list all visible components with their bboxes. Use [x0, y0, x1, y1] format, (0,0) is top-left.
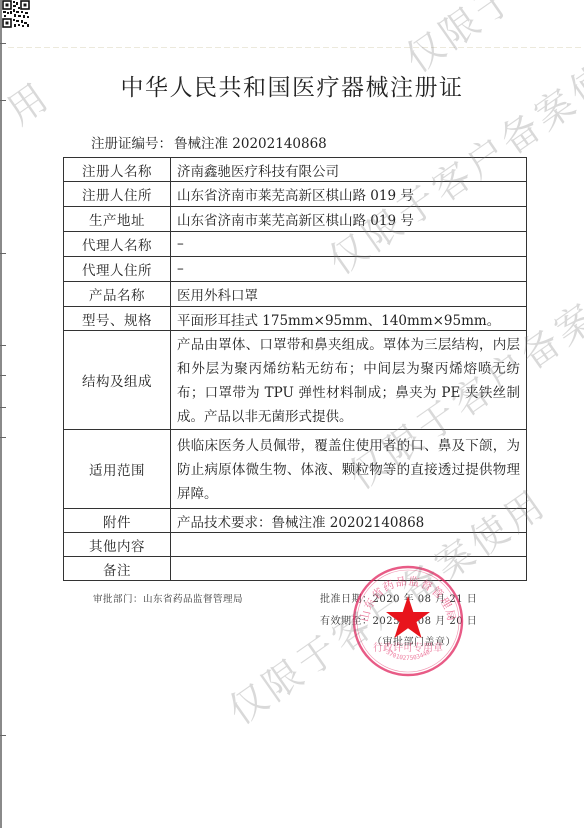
row-label-structure: 结构及组成 [64, 331, 171, 430]
row-value-other [171, 533, 527, 557]
star-icon [386, 596, 430, 638]
table-row: 代理人名称 – [64, 232, 527, 257]
row-value-attachment: 产品技术要求：鲁械注准 20202140868 [171, 509, 527, 533]
table-row: 结构及组成 产品由罩体、口罩带和鼻夹组成。罩体为三层结构，内层和外层为聚丙烯纺粘… [64, 331, 527, 430]
row-label-model-spec: 型号、规格 [64, 307, 171, 331]
row-value-agent-address: – [171, 257, 527, 282]
document-title: 中华人民共和国医疗器械注册证 [0, 69, 584, 102]
row-value-registrant-name: 济南鑫驰医疗科技有限公司 [171, 158, 527, 182]
left-edge-tick [0, 407, 6, 408]
row-label-remarks: 备注 [64, 557, 171, 581]
row-value-scope: 供临床医务人员佩带，覆盖住使用者的口、鼻及下颌，为防止病原体微生物、体液、颗粒物… [171, 430, 527, 509]
row-label-other: 其他内容 [64, 533, 171, 557]
left-edge-tick [0, 437, 6, 438]
row-label-agent-name: 代理人名称 [64, 232, 171, 257]
row-value-registrant-address: 山东省济南市莱芜高新区棋山路 019 号 [171, 182, 527, 207]
table-row: 型号、规格 平面形耳挂式 175mm×95mm、140mm×95mm。 [64, 307, 527, 331]
svg-text:行政许可专用章: 行政许可专用章 [373, 641, 443, 654]
table-row: 适用范围 供临床医务人员佩带，覆盖住使用者的口、鼻及下颌，为防止病原体微生物、体… [64, 430, 527, 509]
row-label-attachment: 附件 [64, 509, 171, 533]
qr-code-icon [2, 0, 30, 28]
table-row: 注册人住所 山东省济南市莱芜高新区棋山路 019 号 [64, 182, 527, 207]
left-edge-tick [0, 345, 6, 346]
row-value-production-address: 山东省济南市莱芜高新区棋山路 019 号 [171, 207, 527, 232]
row-value-remarks [171, 557, 527, 581]
row-value-agent-name: – [171, 232, 527, 257]
certificate-table: 注册人名称 济南鑫驰医疗科技有限公司 注册人住所 山东省济南市莱芜高新区棋山路 … [63, 157, 527, 581]
left-edge-tick [0, 253, 6, 254]
official-seal-icon: 山东省药品监督管理局 行政许可专用章 3701027503440 [350, 563, 466, 679]
registration-number-value: 鲁械注准 20202140868 [174, 136, 327, 152]
row-label-agent-address: 代理人住所 [64, 257, 171, 282]
row-label-registrant-address: 注册人住所 [64, 182, 171, 207]
page-left-edge [0, 0, 2, 828]
left-edge-tick [0, 735, 6, 736]
table-row: 代理人住所 – [64, 257, 527, 282]
table-row: 生产地址 山东省济南市莱芜高新区棋山路 019 号 [64, 207, 527, 232]
left-edge-tick [0, 375, 6, 376]
registration-number-label: 注册证编号： [91, 136, 172, 152]
faint-divider [8, 47, 584, 48]
row-label-production-address: 生产地址 [64, 207, 171, 232]
table-row: 注册人名称 济南鑫驰医疗科技有限公司 [64, 158, 527, 182]
registration-number: 注册证编号：鲁械注准 20202140868 [91, 132, 329, 152]
table-row: 其他内容 [64, 533, 527, 557]
row-label-scope: 适用范围 [64, 430, 171, 509]
approval-department: 审批部门：山东省药品监督管理局 [93, 591, 243, 605]
row-label-registrant-name: 注册人名称 [64, 158, 171, 182]
table-row: 附件 产品技术要求：鲁械注准 20202140868 [64, 509, 527, 533]
left-edge-tick [0, 43, 6, 44]
row-value-structure: 产品由罩体、口罩带和鼻夹组成。罩体为三层结构，内层和外层为聚丙烯纺粘无纺布；中间… [171, 331, 527, 430]
table-row: 产品名称 医用外科口罩 [64, 282, 527, 307]
row-label-product-name: 产品名称 [64, 282, 171, 307]
row-value-product-name: 医用外科口罩 [171, 282, 527, 307]
row-value-model-spec: 平面形耳挂式 175mm×95mm、140mm×95mm。 [171, 307, 527, 331]
